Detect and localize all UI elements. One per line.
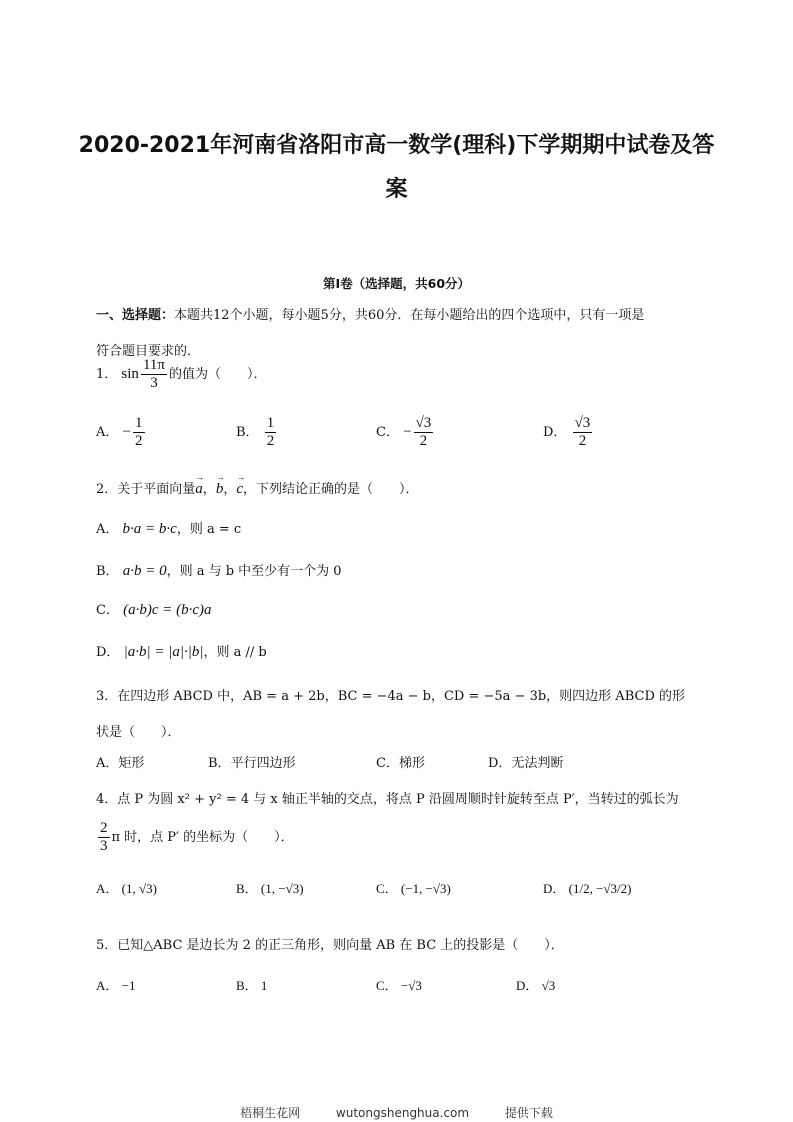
q5-option-b[interactable]: B． 1 <box>236 975 267 994</box>
question-4-line2: 23π 时，点 P′ 的坐标为（ ）． <box>96 820 294 855</box>
question-4-line1: 4．点 P 为圆 x² + y² = 4 与 x 轴正半轴的交点，将点 P 沿圆… <box>96 788 679 807</box>
page-footer: 梧桐生花网 wutongshenghua.com 提供下载 <box>0 1104 793 1121</box>
question-2: 2．关于平面向量a，b，c，下列结论正确的是（ ）． <box>96 478 419 498</box>
q3-option-c[interactable]: C．梯形 <box>376 752 425 771</box>
section-heading: 第Ⅰ卷（选择题，共60分） <box>0 274 793 292</box>
q5-option-a[interactable]: A． −1 <box>96 975 135 994</box>
question-1: 1． sin11π3的值为（ ）． <box>96 357 266 392</box>
q5-option-d[interactable]: D． √3 <box>516 975 555 994</box>
question-5: 5．已知△ABC 是边长为 2 的正三角形，则向量 AB 在 BC 上的投影是（… <box>96 934 564 953</box>
q2-option-d[interactable]: D． |a·b| = |a|·|b|，则 a // b <box>96 641 267 661</box>
q2-option-a[interactable]: A． b·a = b·c，则 a = c <box>96 518 241 538</box>
q3-option-a[interactable]: A．矩形 <box>96 752 144 771</box>
q3-option-d[interactable]: D．无法判断 <box>488 752 563 771</box>
q4-option-c[interactable]: C． (−1, −√3) <box>376 878 451 897</box>
q1-sin: sin <box>121 366 139 382</box>
q2-option-c[interactable]: C． (a·b)c = (b·c)a <box>96 599 212 619</box>
q4-option-b[interactable]: B． (1, −√3) <box>236 878 304 897</box>
question-3-line1: 3．在四边形 ABCD 中，AB = a + 2b，BC = −4a − b，C… <box>96 685 685 704</box>
q4-option-a[interactable]: A． (1, √3) <box>96 878 157 897</box>
q3-option-b[interactable]: B．平行四边形 <box>208 752 296 771</box>
question-3-line2: 状是（ ）． <box>96 721 181 740</box>
footer-site-name: 梧桐生花网 <box>240 1106 300 1120</box>
q1-option-d[interactable]: D． √32 <box>543 415 594 450</box>
instructions-text: 本题共12个小题，每小题5分，共60分．在每小题给出的四个选项中，只有一项是 <box>174 308 644 323</box>
q1-fraction: 11π3 <box>141 357 167 392</box>
question-number: 1． <box>96 367 117 382</box>
q1-option-b[interactable]: B． 12 <box>236 415 278 450</box>
q1-option-a[interactable]: A． −12 <box>96 415 147 450</box>
document-title-line1: 2020-2021年河南省洛阳市高一数学(理科)下学期期中试卷及答 <box>0 128 793 159</box>
instructions-line1: 一、选择题：本题共12个小题，每小题5分，共60分．在每小题给出的四个选项中，只… <box>96 304 644 323</box>
instructions-label: 一、选择题： <box>96 308 174 323</box>
q1-option-c[interactable]: C． −√32 <box>376 415 435 450</box>
footer-note: 提供下载 <box>505 1106 553 1120</box>
q5-option-c[interactable]: C． −√3 <box>376 975 422 994</box>
document-title-line2: 案 <box>0 172 793 203</box>
footer-url[interactable]: wutongshenghua.com <box>336 1106 469 1120</box>
q2-option-b[interactable]: B． a·b = 0，则 a 与 b 中至少有一个为 0 <box>96 560 342 580</box>
q4-option-d[interactable]: D． (1/2, −√3/2) <box>543 878 632 897</box>
